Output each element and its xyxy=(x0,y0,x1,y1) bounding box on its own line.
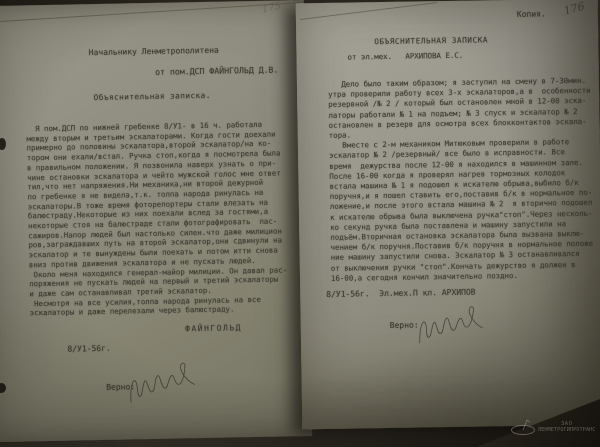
addressee-line: Начальнику Ленметрополитена xyxy=(89,46,219,57)
document-body: Дело было таким образом; я заступил на с… xyxy=(328,76,594,284)
handwritten-signature xyxy=(121,353,201,412)
date-line: 8/У1-56г. xyxy=(67,344,111,354)
sender-line: от пом.ДСП ФАЙНГОЛЬД Д.В. xyxy=(155,65,278,77)
sender-line: от эл.мех. АРХИПОВА Е.С. xyxy=(347,51,463,62)
copy-label: Копия. xyxy=(517,9,546,18)
document-body: Я пом.ДСП по нижней гребенке 8/У1- в 16 … xyxy=(26,119,288,318)
document-title: ОБЪЯСНИТЕЛЬНАЯ ЗАПИСКА xyxy=(374,35,488,46)
left-document-page: 175 Начальнику Ленметрополитена от пом.Д… xyxy=(0,0,312,442)
handwritten-signature xyxy=(411,298,488,352)
archive-watermark: ЗАО ЛЕНМЕТРОГИПРОТРАНС xyxy=(510,417,595,437)
watermark-text: ЗАО ЛЕНМЕТРОГИПРОТРАНС xyxy=(538,421,595,433)
page-number-note: 176 xyxy=(562,0,586,18)
metro-tunnel-logo-icon xyxy=(510,417,536,437)
right-document-page: 176 Копия. ОБЪЯСНИТЕЛЬНАЯ ЗАПИСКА от эл.… xyxy=(296,0,600,429)
date-and-typed-signature: 8/У1-56г. Эл.мех.П кл. АРХИПОВ xyxy=(326,288,475,299)
photo-background: 175 Начальнику Ленметрополитена от пом.Д… xyxy=(0,0,600,447)
typed-signature: ФАЙНГОЛЬД xyxy=(185,323,242,333)
document-title: Объяснительная записка. xyxy=(94,91,211,102)
watermark-org-name: ЛЕНМЕТРОГИПРОТРАНС xyxy=(538,427,595,433)
